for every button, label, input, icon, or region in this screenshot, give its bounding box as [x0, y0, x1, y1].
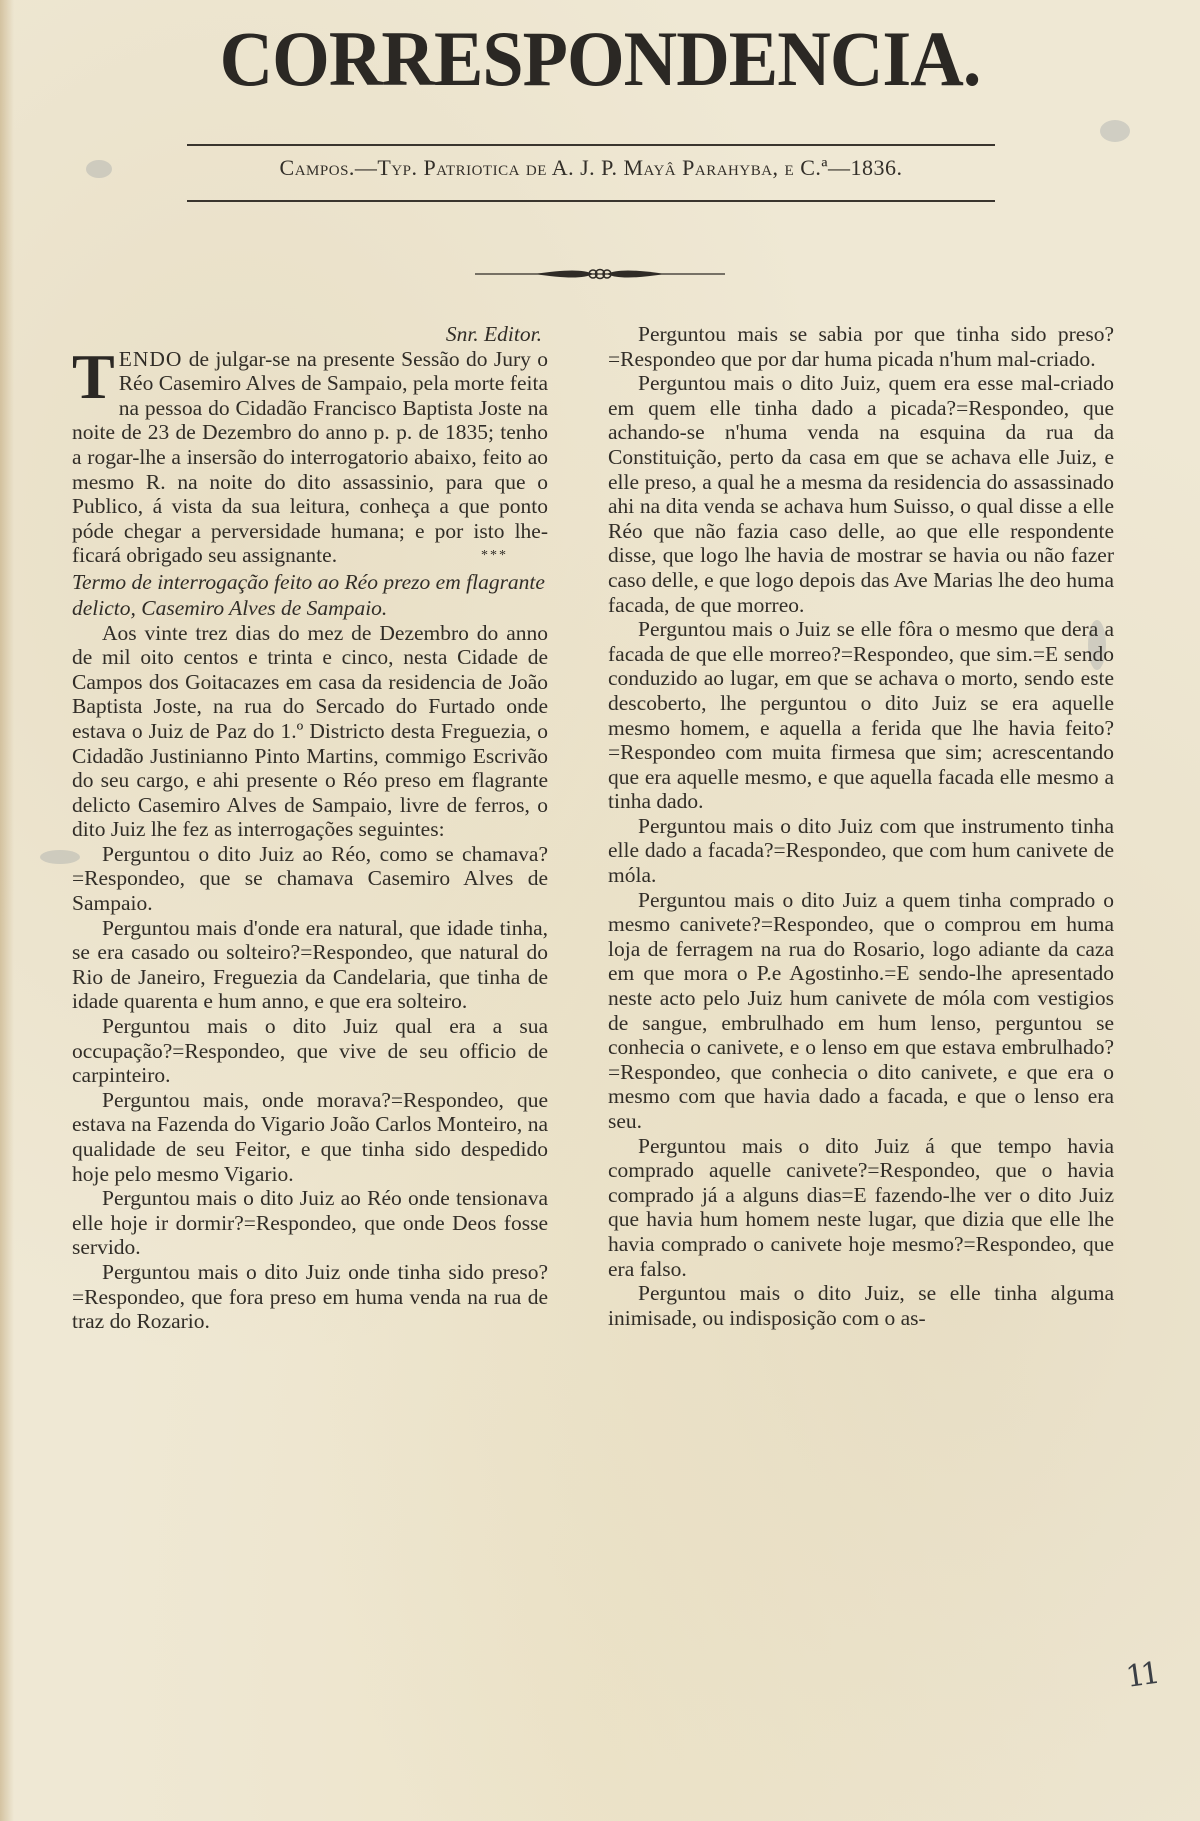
handwritten-folio-number: 11 [1124, 1656, 1159, 1695]
paper-edge-shadow [0, 0, 14, 1821]
paragraph: Perguntou o dito Juiz ao Réo, como se ch… [72, 842, 548, 916]
paragraph: Perguntou mais o dito Juiz, se elle tinh… [608, 1281, 1114, 1330]
paragraph: Perguntou mais o Juiz se elle fôra o mes… [608, 617, 1114, 814]
opening-caps: ENDO [119, 347, 183, 371]
letter-body: TENDO de julgar-se na presente Sessão do… [72, 347, 548, 568]
imprint-line: Campos.—Typ. Patriotica de A. J. P. Mayâ… [187, 155, 995, 181]
bottom-rule [187, 200, 995, 202]
paragraph: Perguntou mais se sabia por que tinha si… [608, 322, 1114, 371]
paragraph: Perguntou mais o dito Juiz com que instr… [608, 814, 1114, 888]
section-title: CORRESPONDENCIA. [30, 14, 1170, 104]
letter-text: de julgar-se na presente Sessão do Jury … [72, 347, 548, 568]
paragraph: Perguntou mais o dito Juiz á que tempo h… [608, 1134, 1114, 1282]
paragraph: Perguntou mais o dito Juiz ao Réo onde t… [72, 1186, 548, 1260]
drop-cap: T [72, 351, 115, 403]
ink-stain [1100, 120, 1130, 142]
paragraph: Perguntou mais o dito Juiz, quem era ess… [608, 371, 1114, 617]
ink-stain [86, 160, 112, 178]
paragraph: Perguntou mais d'onde era natural, que i… [72, 916, 548, 1014]
salutation: Snr. Editor. [72, 322, 548, 347]
ornament-divider-icon [475, 264, 725, 284]
paragraph: Perguntou mais o dito Juiz onde tinha si… [72, 1260, 548, 1334]
document-heading: Termo de interrogação feito ao Réo prezo… [72, 569, 548, 621]
right-column: Perguntou mais se sabia por que tinha si… [608, 322, 1114, 1330]
paragraph: Perguntou mais, onde morava?=Respondeo, … [72, 1088, 548, 1186]
top-rule [187, 144, 995, 146]
paragraph: Perguntou mais o dito Juiz a quem tinha … [608, 888, 1114, 1134]
paragraph: Aos vinte trez dias do mez de Dezembro d… [72, 621, 548, 842]
paragraph: Perguntou mais o dito Juiz qual era a su… [72, 1014, 548, 1088]
left-column: Snr. Editor. TENDO de julgar-se na prese… [72, 322, 548, 1334]
newspaper-page: CORRESPONDENCIA. Campos.—Typ. Patriotica… [0, 0, 1200, 1821]
